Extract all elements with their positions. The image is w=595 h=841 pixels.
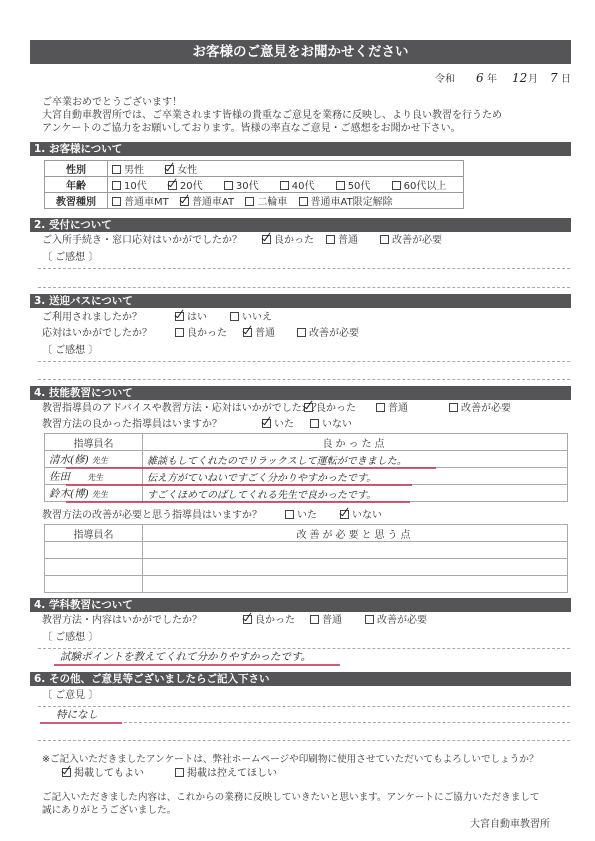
age-20s-option[interactable]: 20代 — [168, 181, 203, 192]
table-row — [45, 559, 568, 576]
checkbox-checked-icon[interactable] — [62, 768, 71, 777]
reception-question: ご入所手続き・窓口応対はいかがでしたか？ — [42, 235, 242, 247]
course-label: 教習種別 — [45, 193, 108, 209]
consent-question: ※ご記入いただきましたアンケートは、弊社ホームページや印刷物に使用させていただい… — [42, 754, 539, 766]
checkbox-icon[interactable] — [112, 181, 121, 190]
instructor-eval-improve-option[interactable]: 改善が必要 — [449, 403, 511, 415]
checkbox-checked-icon[interactable] — [168, 181, 177, 190]
good-point-cell[interactable]: 雑談もしてくれたのでリラックスして運転ができました。 — [143, 451, 568, 468]
date-era: 令和 — [435, 74, 455, 86]
lecture-good-option[interactable]: 良かった — [243, 615, 295, 627]
checkbox-icon[interactable] — [280, 181, 289, 190]
table-row — [45, 542, 568, 559]
improve-instructor-yes-option[interactable]: いた — [285, 510, 317, 522]
intro-line: アンケートのご協力をお願いしております。皆様の率直なご意見・ご感想をお聞かせ下さ… — [42, 123, 461, 135]
checkbox-icon[interactable] — [175, 328, 184, 337]
lecture-comment[interactable]: 試験ポイントを教えてくれて分かりやすかったです。 — [60, 651, 311, 663]
checkbox-icon[interactable] — [392, 181, 401, 190]
checkbox-checked-icon[interactable] — [304, 403, 313, 412]
improve-point-header: 改善が必要と思う点 — [143, 525, 568, 542]
gender-female-option[interactable]: 女性 — [165, 165, 197, 176]
gender-male-option[interactable]: 男性 — [112, 165, 144, 176]
divider — [38, 287, 570, 288]
improve-instructor-no-option[interactable]: いない — [340, 510, 382, 522]
lecture-question: 教習方法・内容はいかがでしたか？ — [42, 615, 202, 627]
bus-used-yes-option[interactable]: はい — [175, 312, 207, 324]
age-label: 年齢 — [45, 177, 108, 193]
reception-normal-option[interactable]: 普通 — [326, 235, 358, 247]
handwriting-underline — [66, 467, 436, 469]
instructor-name-cell[interactable] — [45, 559, 143, 576]
checkbox-icon[interactable] — [336, 181, 345, 190]
table-row: 清水(修) 先生 雑談もしてくれたのでリラックスして運転ができました。 — [45, 451, 568, 468]
divider — [38, 361, 570, 362]
age-options: 10代 20代 30代 40代 50代 60代以上 — [108, 177, 464, 193]
section-4-header: 4. 技能教習について — [30, 386, 571, 400]
improve-instructor-question: 教習方法の改善が必要と思う指導員はいますか？ — [42, 510, 262, 522]
instructor-name-cell[interactable]: 鈴木(博) 先生 — [45, 485, 143, 502]
course-options: 普通車MT 普通車AT 二輪車 普通車AT限定解除 — [108, 193, 464, 209]
good-point-cell[interactable]: 伝え方がていねいですごく分かりやすかったです。 — [143, 468, 568, 485]
checkbox-checked-icon[interactable] — [243, 328, 252, 337]
checkbox-icon[interactable] — [112, 165, 121, 174]
bus-used-no-option[interactable]: いいえ — [230, 312, 272, 324]
good-point-cell[interactable]: すごくほめてのばしてくれる先生で良かったです。 — [143, 485, 568, 502]
checkbox-icon[interactable] — [285, 510, 294, 519]
checkbox-icon[interactable] — [310, 419, 319, 428]
checkbox-icon[interactable] — [224, 181, 233, 190]
improve-instructor-table: 指導員名 改善が必要と思う点 — [44, 524, 568, 593]
instructor-name-cell[interactable]: 清水(修) 先生 — [45, 451, 143, 468]
instructor-eval-good-option[interactable]: 良かった — [304, 403, 356, 415]
instructor-eval-question: 教習指導員のアドバイスや教習方法・応対はいかがでしたか？ — [42, 403, 322, 415]
age-10s-option[interactable]: 10代 — [112, 181, 147, 192]
course-mt-option[interactable]: 普通車MT — [112, 197, 169, 208]
instructor-name-cell[interactable] — [45, 542, 143, 559]
checkbox-icon[interactable] — [112, 197, 121, 206]
divider — [124, 722, 570, 723]
consent-allow-option[interactable]: 掲載してもよい — [62, 768, 144, 780]
age-40s-option[interactable]: 40代 — [280, 181, 315, 192]
bus-service-good-option[interactable]: 良かった — [175, 328, 227, 340]
intro-line: 大宮自動車教習所では、ご卒業されます皆様の貴重なご意見を業務に反映し、より良い教… — [42, 110, 502, 122]
table-header-row: 指導員名 良かった点 — [45, 434, 568, 451]
divider — [38, 740, 570, 741]
handwriting-underline — [54, 664, 340, 666]
date-year-unit: 年 — [487, 74, 497, 86]
other-comment[interactable]: 特になし — [56, 709, 98, 721]
course-motorcycle-option[interactable]: 二輪車 — [245, 197, 287, 208]
checkbox-icon[interactable] — [380, 235, 389, 244]
section-1-header: 1. お客様について — [30, 142, 571, 156]
date-day[interactable]: 7 — [550, 72, 558, 84]
age-row: 年齢 10代 20代 30代 40代 50代 60代以上 — [45, 177, 464, 193]
course-at-removal-option[interactable]: 普通車AT限定解除 — [299, 197, 393, 208]
bus-service-question: 応対はいかがでしたか？ — [42, 328, 152, 340]
checkbox-icon[interactable] — [175, 768, 184, 777]
checkbox-checked-icon[interactable] — [340, 510, 349, 519]
gender-row: 性別 男性 女性 — [45, 161, 464, 177]
instructor-name-header: 指導員名 — [45, 525, 143, 542]
checkbox-checked-icon[interactable] — [175, 312, 184, 321]
intro-line: ご卒業おめでとうございます！ — [42, 97, 182, 109]
instructor-name-header: 指導員名 — [45, 434, 143, 451]
bus-comment-label: 〔 ご感想 〕 — [42, 345, 98, 357]
gender-options: 男性 女性 — [108, 161, 464, 177]
reception-improve-option[interactable]: 改善が必要 — [380, 235, 442, 247]
table-row: 佐田 先生 伝え方がていねいですごく分かりやすかったです。 — [45, 468, 568, 485]
table-header-row: 指導員名 改善が必要と思う点 — [45, 525, 568, 542]
checkbox-icon[interactable] — [245, 197, 254, 206]
bus-service-normal-option[interactable]: 普通 — [243, 328, 275, 340]
good-point-header: 良かった点 — [143, 434, 568, 451]
handwriting-underline — [66, 501, 410, 503]
handwriting-underline — [40, 722, 122, 724]
date-day-unit: 日 — [561, 74, 571, 86]
section-6-header: 6. その他、ご意見等ございましたらご記入下さい — [30, 672, 571, 686]
instructor-eval-normal-option[interactable]: 普通 — [376, 403, 408, 415]
good-instructor-no-option[interactable]: いない — [310, 419, 352, 431]
section-5-header: 4. 学科教習について — [30, 598, 571, 612]
reception-comment-label: 〔 ご感想 〕 — [42, 252, 98, 264]
checkbox-icon[interactable] — [299, 197, 308, 206]
page-title: お客様のご意見をお聞かせください — [30, 40, 571, 64]
checkbox-icon[interactable] — [365, 615, 374, 624]
date-month[interactable]: 12 — [512, 72, 527, 84]
reception-good-option[interactable]: 良かった — [262, 235, 314, 247]
course-row: 教習種別 普通車MT 普通車AT 二輪車 普通車AT限定解除 — [45, 193, 464, 209]
other-comment-label: 〔 ご意見 〕 — [42, 690, 98, 702]
customer-info-table: 性別 男性 女性 年齢 10代 20代 30代 40代 50代 60代以上 教習… — [44, 160, 464, 209]
section-2-header: 2. 受付について — [30, 218, 571, 232]
divider — [38, 648, 570, 649]
handwriting-underline — [66, 484, 412, 486]
lecture-improve-option[interactable]: 改善が必要 — [365, 615, 427, 627]
bus-service-improve-option[interactable]: 改善が必要 — [297, 328, 359, 340]
checkbox-checked-icon[interactable] — [165, 165, 174, 174]
age-30s-option[interactable]: 30代 — [224, 181, 259, 192]
date-year[interactable]: 6 — [476, 72, 484, 84]
age-60s-option[interactable]: 60代以上 — [392, 181, 447, 192]
lecture-normal-option[interactable]: 普通 — [310, 615, 342, 627]
checkbox-icon[interactable] — [310, 615, 319, 624]
improve-point-cell[interactable] — [143, 559, 568, 576]
improve-point-cell[interactable] — [143, 542, 568, 559]
lecture-comment-label: 〔 ご感想 〕 — [42, 632, 98, 644]
age-50s-option[interactable]: 50代 — [336, 181, 371, 192]
improve-point-cell[interactable] — [143, 576, 568, 593]
table-row — [45, 576, 568, 593]
divider — [38, 706, 570, 707]
checkbox-icon[interactable] — [326, 235, 335, 244]
closing-line: 誠にありがとうございました。 — [42, 805, 176, 817]
divider — [38, 379, 570, 380]
consent-decline-option[interactable]: 掲載は控えてほしい — [175, 768, 277, 780]
closing-line: ご記入いただきました内容は、これからの業務に反映していきたいと思います。アンケー… — [42, 792, 540, 804]
course-at-option[interactable]: 普通車AT — [180, 197, 234, 208]
table-row: 鈴木(博) 先生 すごくほめてのばしてくれる先生で良かったです。 — [45, 485, 568, 502]
gender-label: 性別 — [45, 161, 108, 177]
good-instructor-yes-option[interactable]: いた — [262, 419, 294, 431]
checkbox-icon[interactable] — [449, 403, 458, 412]
checkbox-checked-icon[interactable] — [262, 235, 271, 244]
good-instructor-question: 教習方法の良かった指導員はいますか？ — [42, 419, 222, 431]
checkbox-icon[interactable] — [376, 403, 385, 412]
signature: 大宮自動車教習所 — [470, 819, 550, 831]
checkbox-checked-icon[interactable] — [243, 615, 252, 624]
checkbox-checked-icon[interactable] — [262, 419, 271, 428]
section-3-header: 3. 送迎バスについて — [30, 294, 571, 308]
divider — [38, 268, 570, 269]
checkbox-icon[interactable] — [297, 328, 306, 337]
instructor-name-cell[interactable] — [45, 576, 143, 593]
instructor-name-cell[interactable]: 佐田 先生 — [45, 468, 143, 485]
bus-used-question: ご利用されましたか？ — [42, 312, 142, 324]
checkbox-icon[interactable] — [230, 312, 239, 321]
checkbox-checked-icon[interactable] — [180, 197, 189, 206]
date-month-unit: 月 — [528, 74, 538, 86]
